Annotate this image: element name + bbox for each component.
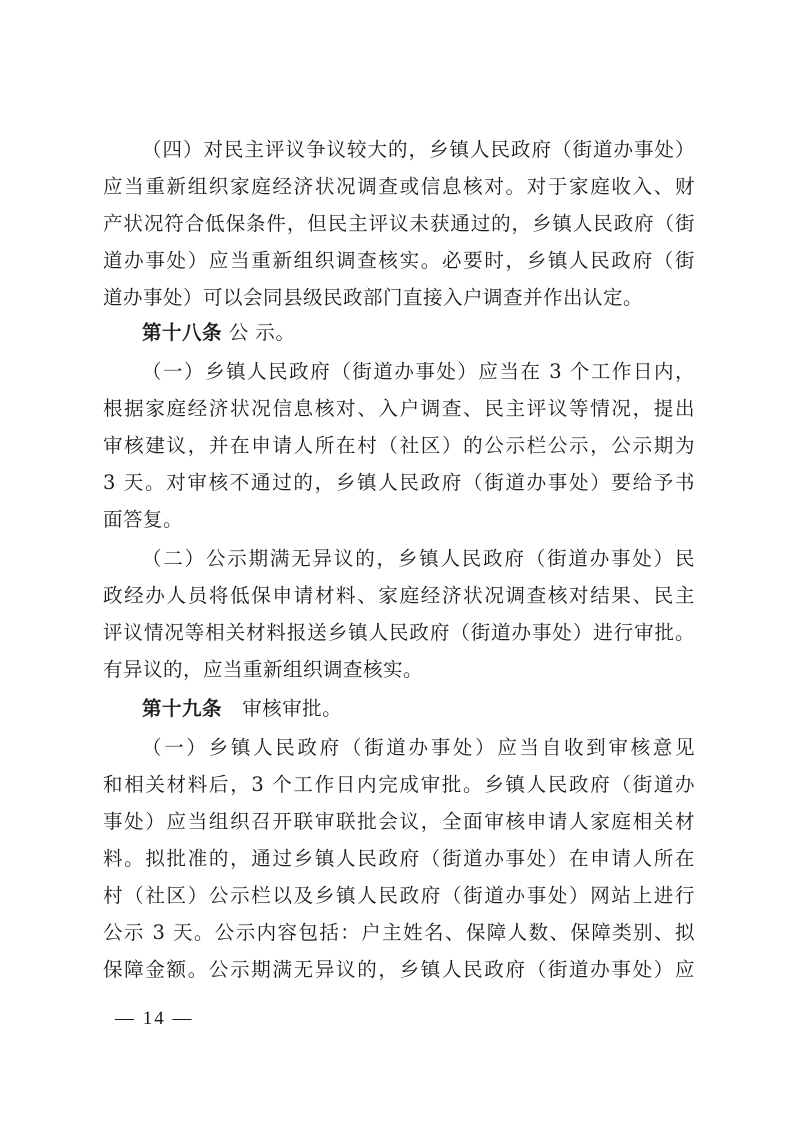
article-number: 第十九条 xyxy=(142,697,222,720)
paragraph-line: 道办事处）可以会同县级民政部门直接入户调查并作出认定。 xyxy=(103,283,695,313)
paragraph-line: 村（社区）公示栏以及乡镇人民政府（街道办事处）网站上进行 xyxy=(103,881,695,911)
paragraph-line: 和相关材料后，3 个工作日内完成审批。乡镇人民政府（街道办 xyxy=(103,770,695,800)
paragraph-line: 评议情况等相关材料报送乡镇人民政府（街道办事处）进行审批。 xyxy=(103,618,695,648)
paragraph-line: （一）乡镇人民政府（街道办事处）应当在 3 个工作日内， xyxy=(142,357,695,387)
paragraph-line: 审核建议，并在申请人所在村（社区）的公示栏公示，公示期为 xyxy=(103,431,695,461)
paragraph-line: 道办事处）应当重新组织调查核实。必要时，乡镇人民政府（街 xyxy=(103,246,695,276)
article-number: 第十八条 xyxy=(142,321,222,344)
paragraph-line: 料。拟批准的，通过乡镇人民政府（街道办事处）在申请人所在 xyxy=(103,844,695,874)
article-title: 公 示。 xyxy=(222,321,295,344)
article-heading-18: 第十八条 公 示。 xyxy=(142,318,695,348)
paragraph-line: 政经办人员将低保申请材料、家庭经济状况调查核对结果、民主 xyxy=(103,581,695,611)
paragraph-line: 保障金额。公示期满无异议的，乡镇人民政府（街道办事处）应 xyxy=(103,955,695,985)
paragraph-line: 应当重新组织家庭经济状况调查或信息核对。对于家庭收入、财 xyxy=(103,172,695,202)
paragraph-line: 3 天。对审核不通过的，乡镇人民政府（街道办事处）要给予书 xyxy=(103,468,695,498)
paragraph-line: （二）公示期满无异议的，乡镇人民政府（街道办事处）民 xyxy=(142,544,695,574)
paragraph-line: 根据家庭经济状况信息核对、入户调查、民主评议等情况，提出 xyxy=(103,394,695,424)
paragraph-line: （一）乡镇人民政府（街道办事处）应当自收到审核意见 xyxy=(142,733,695,763)
document-page: （四）对民主评议争议较大的，乡镇人民政府（街道办事处） 应当重新组织家庭经济状况… xyxy=(0,0,793,1122)
paragraph-line: 有异议的，应当重新组织调查核实。 xyxy=(103,655,695,685)
page-number: — 14 — xyxy=(115,1008,194,1030)
paragraph-line: 公示 3 天。公示内容包括：户主姓名、保障人数、保障类别、拟 xyxy=(103,918,695,948)
paragraph-line: 产状况符合低保条件，但民主评议未获通过的，乡镇人民政府（街 xyxy=(103,209,695,239)
paragraph-line: （四）对民主评议争议较大的，乡镇人民政府（街道办事处） xyxy=(142,135,695,165)
paragraph-line: 事处）应当组织召开联审联批会议，全面审核申请人家庭相关材 xyxy=(103,807,695,837)
paragraph-line: 面答复。 xyxy=(103,505,695,535)
article-heading-19: 第十九条 审核审批。 xyxy=(142,694,695,724)
article-title: 审核审批。 xyxy=(222,697,342,720)
